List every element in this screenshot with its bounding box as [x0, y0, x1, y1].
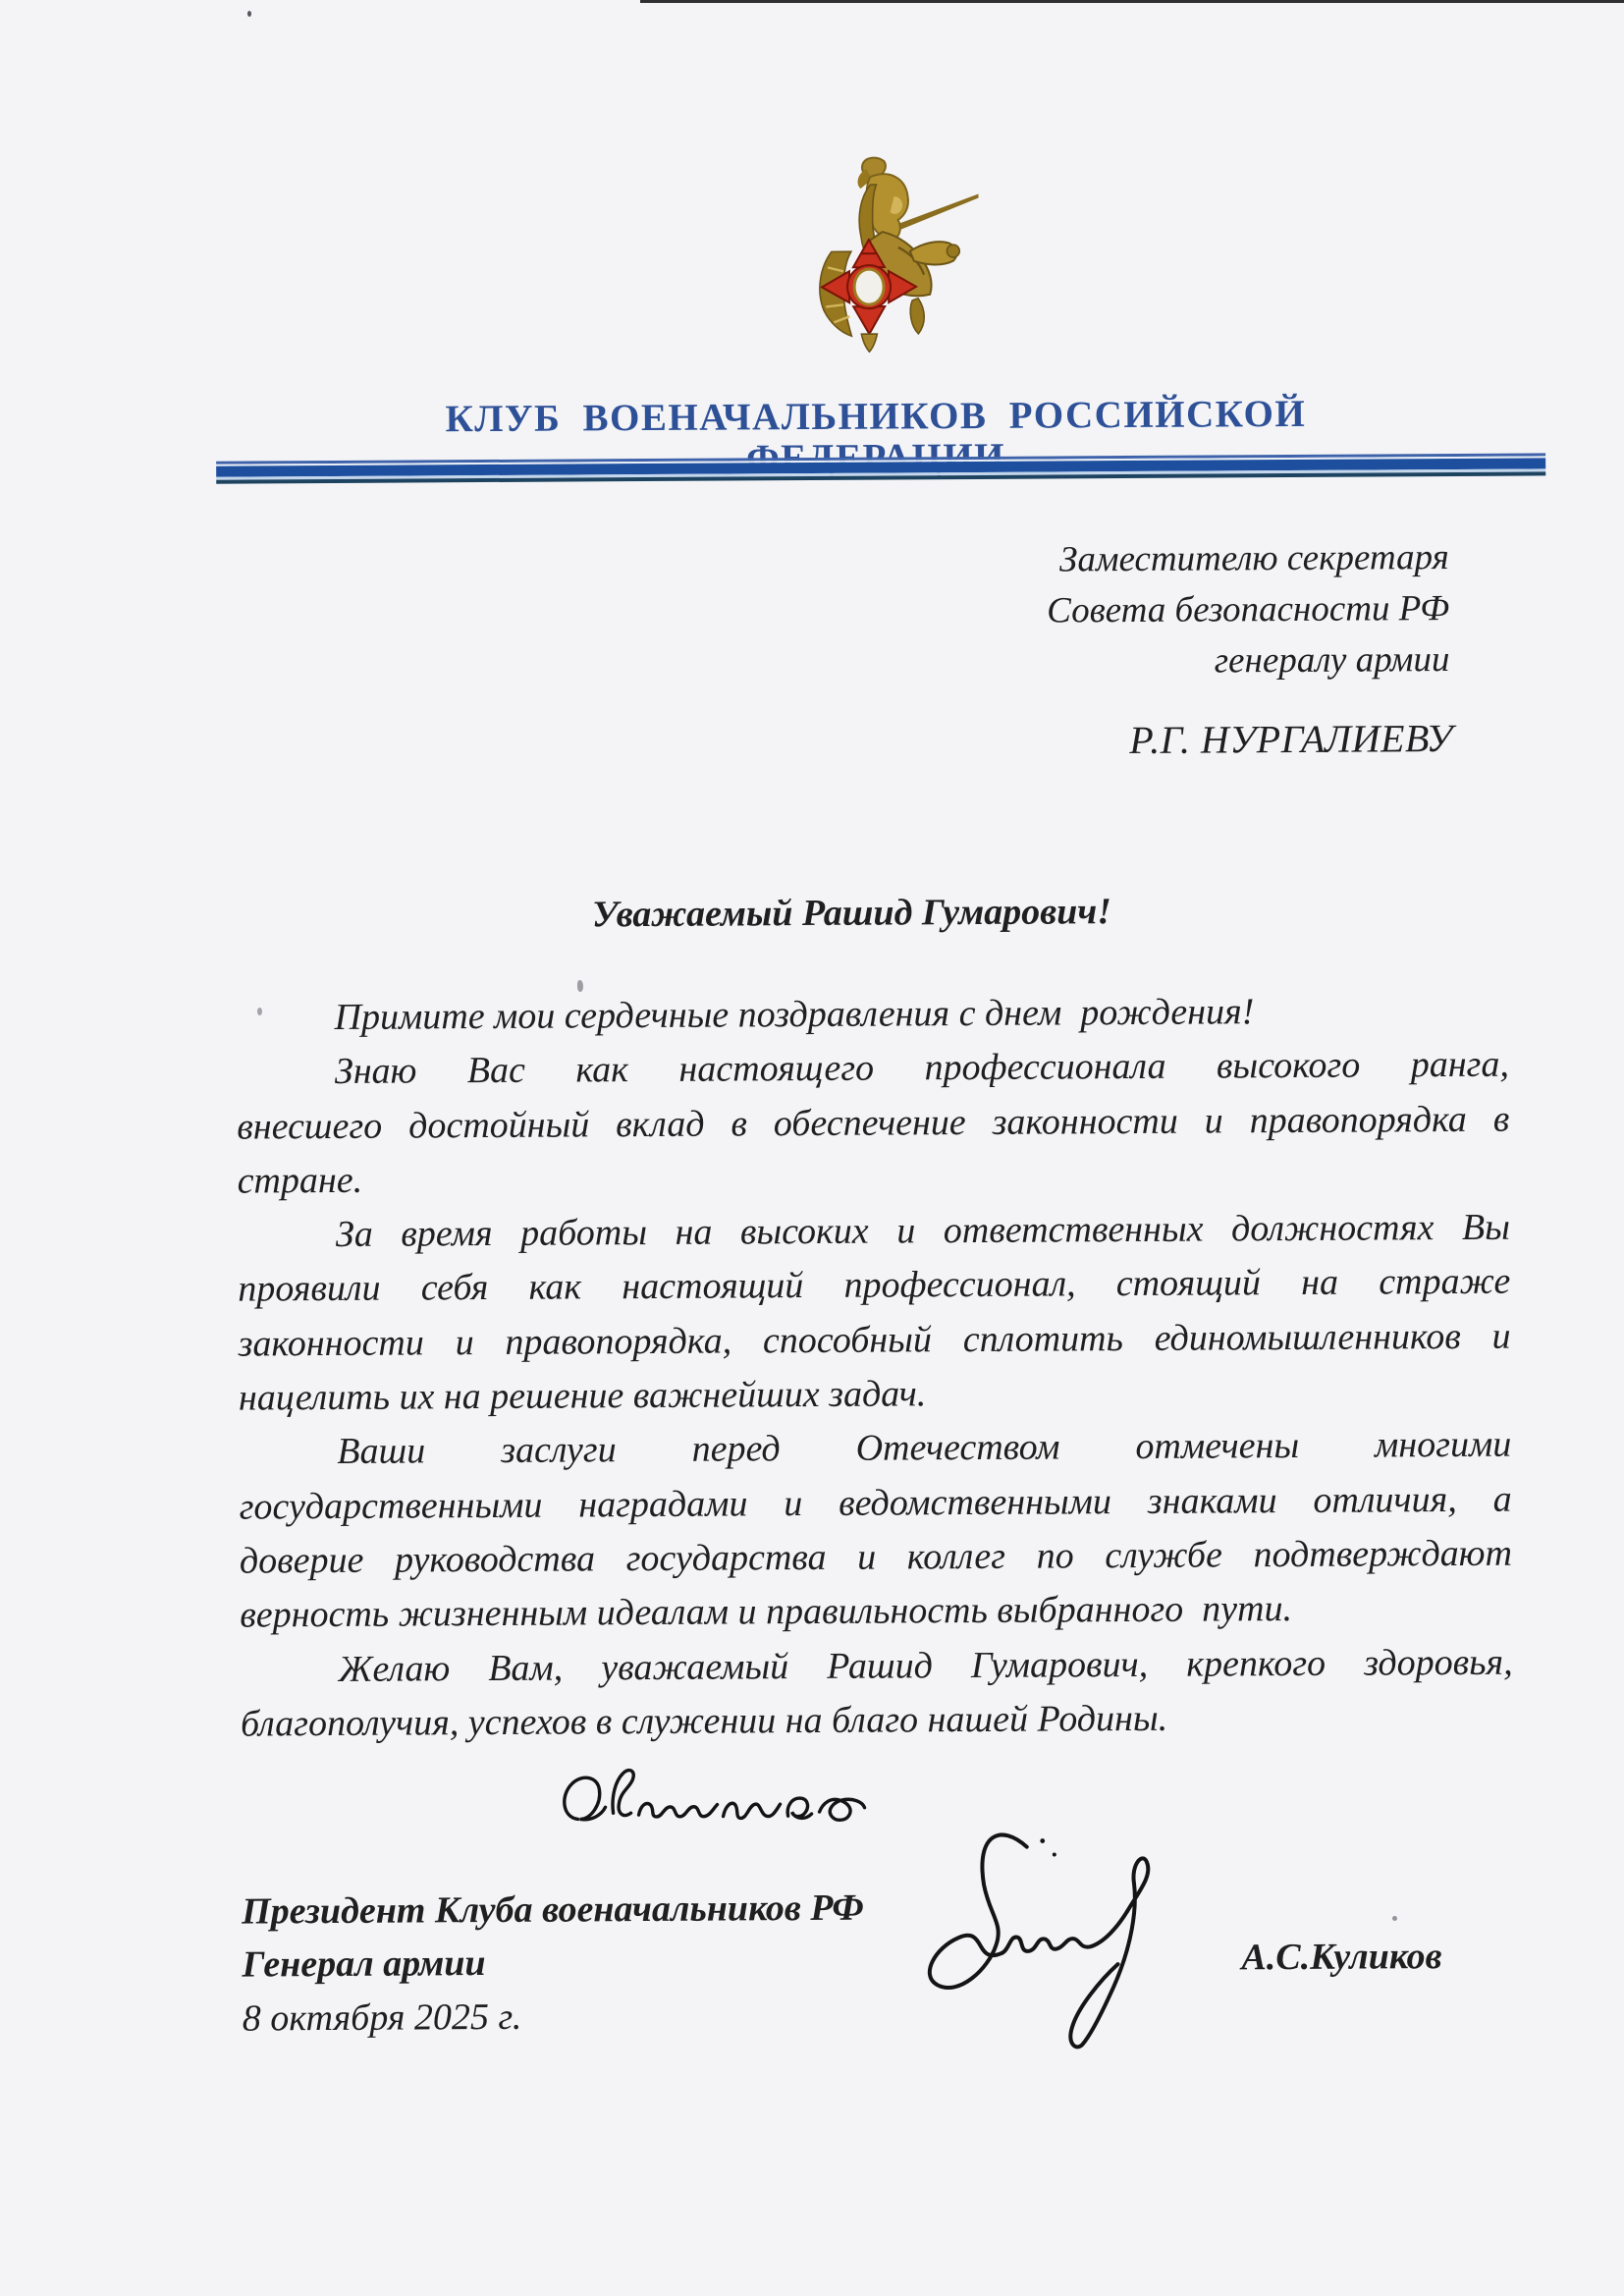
recipient-line: Заместителю секретаря — [762, 532, 1449, 587]
body-line: проявили себя как настоящий профессионал… — [238, 1255, 1510, 1317]
body-line: законности и правопорядка, способный спл… — [238, 1309, 1510, 1371]
body-paragraph: Примите мои сердечные поздравления с дне… — [236, 984, 1508, 1046]
body-line: Ваши заслуги перед Отечеством отмечены м… — [239, 1418, 1511, 1480]
body-line: Примите мои сердечные поздравления с дне… — [236, 984, 1508, 1046]
signer-position-line1: Президент Клуба военачальников РФ — [242, 1882, 864, 1939]
letter-date: 8 октября 2025 г. — [243, 1989, 865, 2046]
body-paragraph: Ваши заслуги перед Отечеством отмечены м… — [239, 1418, 1512, 1643]
body-line: За время работы на высоких и ответственн… — [238, 1201, 1510, 1263]
signer-position-line2: Генерал армии — [242, 1935, 864, 1992]
letter-content: КЛУБ ВОЕНАЧАЛЬНИКОВ РОССИЙСКОЙ ФЕДЕРАЦИИ… — [0, 0, 1624, 2296]
club-emblem-icon — [795, 152, 983, 355]
body-line: верность жизненным идеалам и правильност… — [240, 1581, 1512, 1643]
body-paragraph: Желаю Вам, уважаемый Рашид Гумарович, кр… — [240, 1635, 1513, 1752]
body-line: доверие руководства государства и коллег… — [240, 1527, 1512, 1589]
scanned-letter-page: КЛУБ ВОЕНАЧАЛЬНИКОВ РОССИЙСКОЙ ФЕДЕРАЦИИ… — [0, 0, 1624, 2296]
body-line: стране. — [237, 1147, 1509, 1209]
recipient-block: Заместителю секретаря Совета безопасност… — [762, 532, 1450, 689]
recipient-name: Р.Г. НУРГАЛИЕВУ — [766, 715, 1453, 765]
signature-block: Президент Клуба военачальников РФ Генера… — [242, 1882, 865, 2046]
handwritten-closing-obnimayu — [540, 1761, 894, 1851]
body-line: благополучия, успехов в служении на благ… — [241, 1690, 1513, 1752]
salutation: Уважаемый Рашид Гумарович! — [592, 890, 1111, 936]
body-paragraph: Знаю Вас как настоящего профессионала вы… — [237, 1038, 1510, 1209]
body-line: государственными наградами и ведомственн… — [239, 1472, 1511, 1534]
letter-body: Примите мои сердечные поздравления с дне… — [236, 984, 1513, 1752]
body-line: внесшего достойный вклад в обеспечение з… — [237, 1092, 1509, 1154]
body-paragraph: За время работы на высоких и ответственн… — [238, 1201, 1511, 1426]
handwritten-signature — [907, 1826, 1232, 2063]
recipient-line: генералу армии — [762, 634, 1449, 689]
recipient-line: Совета безопасности РФ — [762, 583, 1449, 638]
signer-name: А.С.Куликов — [1241, 1935, 1441, 1979]
body-line: Знаю Вас как настоящего профессионала вы… — [237, 1038, 1509, 1100]
body-line: Желаю Вам, уважаемый Рашид Гумарович, кр… — [240, 1635, 1512, 1697]
body-line: нацелить их на решение важнейших задач. — [239, 1364, 1511, 1426]
